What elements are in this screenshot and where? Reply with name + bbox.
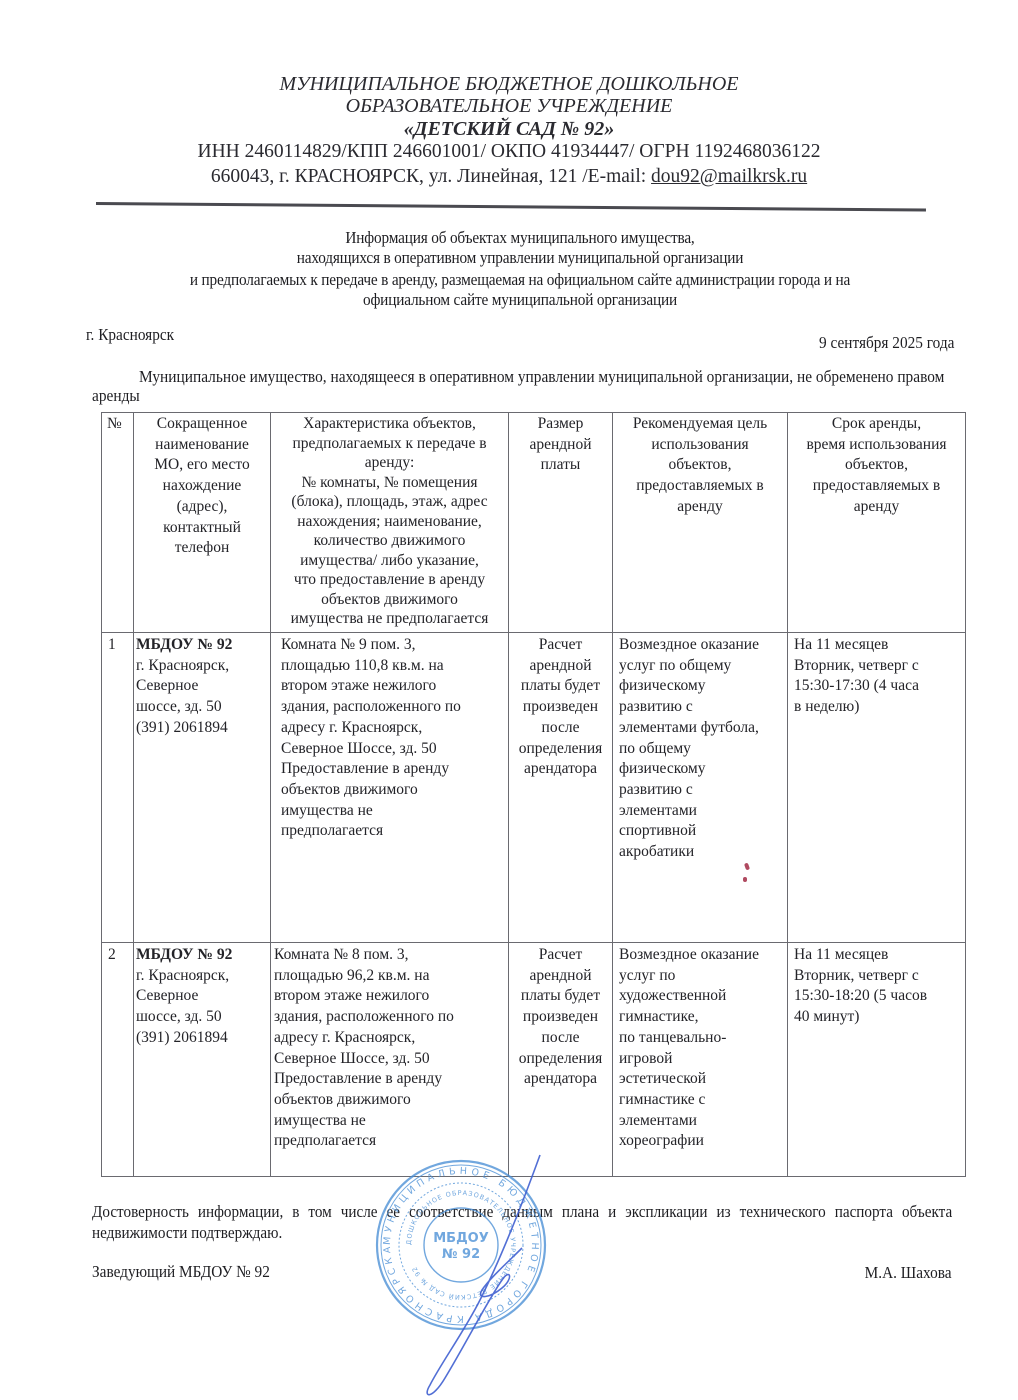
document-title-line-2: находящихся в оперативном управлении мун… (124, 248, 916, 268)
header-payment: Размер арендной платы (509, 413, 613, 633)
document-date: 9 сентября 2025 года (819, 333, 954, 353)
row-num: 1 (102, 633, 134, 943)
header-divider (96, 202, 926, 212)
header-purpose: Рекомендуемая цель использования объекто… (613, 413, 788, 633)
email-link[interactable]: dou92@mailkrsk.ru (651, 166, 807, 187)
org-address: 660043, г. КРАСНОЯРСК, ул. Линейная, 121… (0, 166, 1018, 188)
row-characteristics: Комната № 8 пом. 3, площадью 96,2 кв.м. … (271, 943, 509, 1177)
header-org: Сокращенное наименование МО, его место н… (134, 413, 271, 633)
intro-paragraph: Муниципальное имущество, находящееся в о… (92, 367, 961, 405)
row-num: 2 (102, 943, 134, 1177)
row-org: МБДОУ № 92г. Красноярск, Северное шоссе,… (134, 633, 271, 943)
row-org: МБДОУ № 92г. Красноярск, Северное шоссе,… (134, 943, 271, 1177)
document-title-line-3: и предполагаемых к передаче в аренду, ра… (124, 270, 916, 290)
header-num: № (102, 413, 134, 633)
row-payment: Расчет арендной платы будет произведен п… (509, 943, 613, 1177)
signature-icon (410, 1150, 550, 1400)
row-org-details: г. Красноярск, Северное шоссе, зд. 50 (3… (136, 966, 268, 1049)
row-payment: Расчет арендной платы будет произведен п… (509, 633, 613, 943)
header-term: Срок аренды, время использования объекто… (788, 413, 966, 633)
row-term: На 11 месяцев Вторник, четверг с 15:30-1… (788, 943, 966, 1177)
row-org-details: г. Красноярск, Северное шоссе, зд. 50 (3… (136, 656, 268, 739)
signatory-position: Заведующий МБДОУ № 92 (92, 1262, 270, 1282)
document-title-line-1: Информация об объектах муниципального им… (124, 228, 916, 248)
org-requisites: ИНН 2460114829/КПП 246601001/ ОКПО 41934… (0, 141, 1018, 163)
row-org-name: МБДОУ № 92 (136, 945, 268, 966)
row-purpose: Возмездное оказание услуг по общему физи… (613, 633, 788, 943)
header-characteristics: Характеристика объектов, предполагаемых … (271, 413, 509, 633)
org-name-line-1: МУНИЦИПАЛЬНОЕ БЮДЖЕТНОЕ ДОШКОЛЬНОЕ (0, 73, 1018, 95)
table-row: 1 МБДОУ № 92г. Красноярск, Северное шосс… (102, 633, 966, 943)
row-org-name: МБДОУ № 92 (136, 635, 268, 656)
row-purpose: Возмездное оказание услуг по художествен… (613, 943, 788, 1177)
org-short-name: «ДЕТСКИЙ САД № 92» (0, 118, 1018, 140)
table-row: 2 МБДОУ № 92г. Красноярск, Северное шосс… (102, 943, 966, 1177)
address-text: 660043, г. КРАСНОЯРСК, ул. Линейная, 121… (211, 166, 651, 187)
row-term: На 11 месяцев Вторник, четверг с 15:30-1… (788, 633, 966, 943)
org-name-line-2: ОБРАЗОВАТЕЛЬНОЕ УЧРЕЖДЕНИЕ (0, 95, 1018, 117)
row-characteristics: Комната № 9 пом. 3, площадью 110,8 кв.м.… (271, 633, 509, 943)
table-header-row: № Сокращенное наименование МО, его место… (102, 413, 966, 633)
ink-mark (743, 877, 747, 882)
document-title-line-4: официальном сайте муниципальной организа… (124, 290, 916, 310)
signatory-name: М.А. Шахова (865, 1263, 952, 1283)
property-table: № Сокращенное наименование МО, его место… (101, 412, 966, 1177)
document-city: г. Красноярск (86, 325, 174, 345)
